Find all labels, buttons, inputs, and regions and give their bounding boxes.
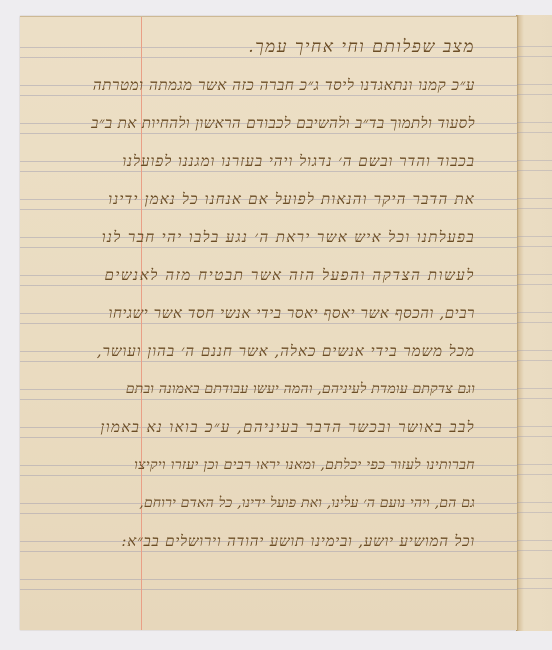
ruled-line — [20, 247, 517, 248]
text-line: לסעוד ולתמוך בד״ב ולהשיבם לכבודם הראשון … — [91, 113, 475, 133]
ruled-line — [20, 285, 517, 286]
ruled-line — [20, 579, 517, 580]
ruled-line — [20, 361, 517, 362]
text-line: מכל משמר בידי אנשים כאלה, אשר חננם ה׳ בה… — [97, 341, 475, 361]
ruled-line — [20, 475, 517, 476]
ruled-line — [20, 171, 517, 172]
ruled-line — [20, 323, 517, 324]
text-line: את הדבר היקר והנאות לפועל אם אנחנו כל נא… — [108, 189, 475, 209]
text-line: בכבוד והדר ובשם ה׳ נדגול ויהי בעזרנו ומג… — [122, 151, 475, 171]
text-line: חברותינו לעזור כפי יכלתם, ומאנו יראו רבי… — [134, 455, 475, 475]
ruled-line — [20, 133, 517, 134]
ruled-line — [20, 589, 517, 590]
text-line: ע״כ קמנו ונתאגדנו ליסד ג״כ חברה כזה אשר … — [93, 75, 475, 95]
text-line: לעשות הצדקה והפעל הזה אשר תבטיח מזה לאנש… — [104, 265, 475, 285]
text-line: מצב שפלותם וחי אחיך עמך. — [248, 37, 475, 57]
text-line: וגם צדקתם עומדת לעיניהם, והמה יעשו עבודת… — [126, 379, 475, 399]
ruled-line — [20, 513, 517, 514]
ruled-line — [20, 209, 517, 210]
ruled-line — [20, 57, 517, 58]
text-line: גם הם, ויהי נועם ה׳ עלינו, ואת פועל ידינ… — [139, 493, 475, 513]
ruled-line — [20, 437, 517, 438]
text-line: רבים, והכסף אשר יאסף יאסר בידי אנשי חסד … — [109, 303, 475, 323]
ruled-line — [20, 399, 517, 400]
ruled-line — [20, 551, 517, 552]
ruled-line — [20, 95, 517, 96]
text-line: וכל המושיע יושע, ובימינו תושע יהודה וירו… — [121, 531, 475, 551]
notebook-page: מצב שפלותם וחי אחיך עמך. ע״כ קמנו ונתאגד… — [20, 16, 517, 630]
text-line: בפעלתנו וכל איש אשר יראת ה׳ נגע בלבו יהי… — [102, 227, 475, 247]
text-line: לבב באושר ובכשר הדבר בעיניהם, ע״כ בואו נ… — [101, 417, 475, 437]
adjacent-page-edge — [516, 15, 552, 631]
